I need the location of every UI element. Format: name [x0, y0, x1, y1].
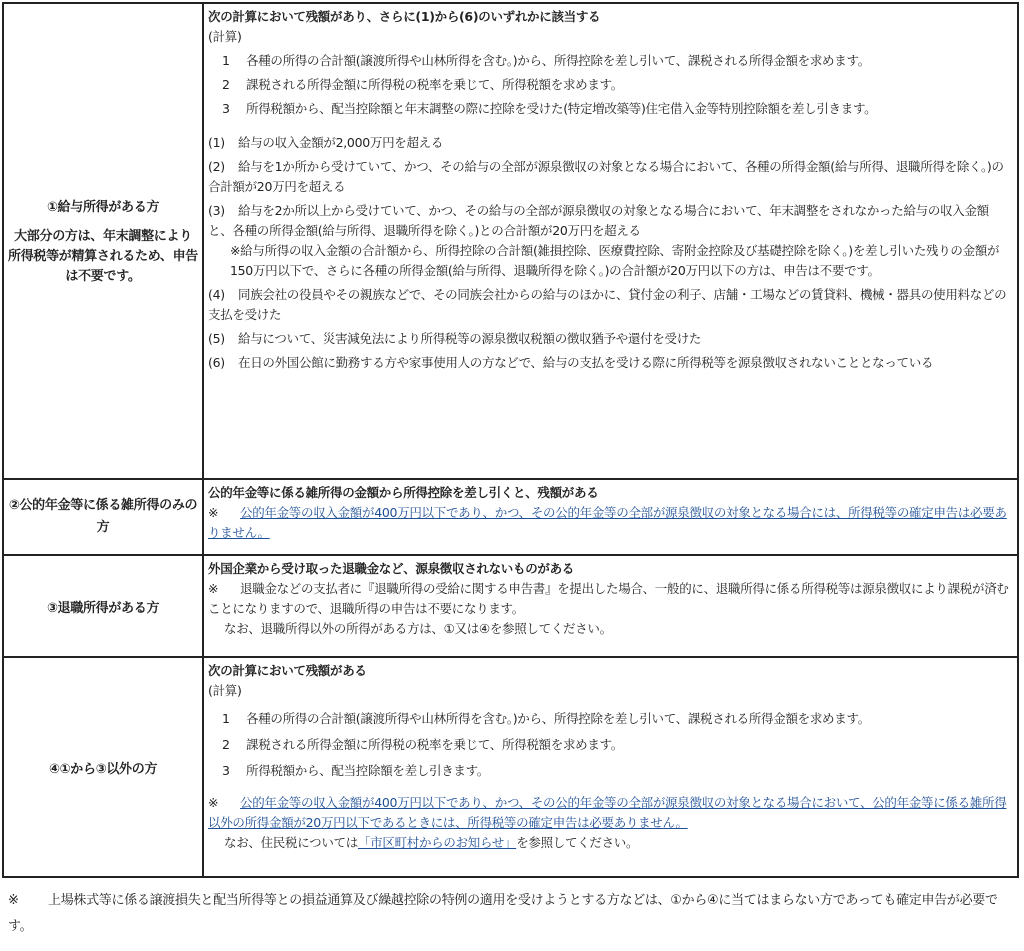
row-pension-income: ②公的年金等に係る雑所得のみの方 公的年金等に係る雑所得の金額から所得控除を差し… [4, 478, 1017, 554]
condition-item: (1)給与の収入金額が2,000万円を超える [208, 133, 1011, 153]
municipality-notice-link[interactable]: 「市区町村からのお知らせ」 [358, 835, 516, 850]
category-title: ②公的年金等に係る雑所得のみの方 [8, 495, 198, 539]
row-other: ④①から③以外の方 次の計算において残額がある (計算) 1各種の所得の合計額(… [4, 656, 1017, 876]
condition-item: (4)同族会社の役員やその親族などで、その同族会社からの給与のほかに、貸付金の利… [208, 285, 1011, 325]
category-cell: ③退職所得がある方 [4, 556, 204, 656]
condition-cell: 次の計算において残額があり、さらに(1)から(6)のいずれかに該当する (計算)… [204, 4, 1017, 478]
condition-cell: 次の計算において残額がある (計算) 1各種の所得の合計額(譲渡所得や山林所得を… [204, 658, 1017, 876]
calc-label: (計算) [208, 27, 1011, 47]
category-title: ④①から③以外の方 [49, 758, 157, 777]
calc-step: 2課税される所得金額に所得税の税率を乗じて、所得税額を求めます。 [208, 75, 1011, 95]
condition-heading: 公的年金等に係る雑所得の金額から所得控除を差し引くと、残額がある [208, 483, 1011, 503]
retirement-extra-note: なお、退職所得以外の所得がある方は、①又は④を参照してください。 [208, 619, 1011, 639]
calc-step: 2課税される所得金額に所得税の税率を乗じて、所得税額を求めます。 [208, 735, 1011, 755]
pension-exemption-link[interactable]: 公的年金等の収入金額が400万円以下であり、かつ、その公的年金等の全部が源泉徴収… [208, 795, 1006, 830]
calc-step: 1各種の所得の合計額(譲渡所得や山林所得を含む。)から、所得控除を差し引いて、課… [208, 709, 1011, 729]
condition-heading: 外国企業から受け取った退職金など、源泉徴収されないものがある [208, 559, 1011, 579]
category-title: ③退職所得がある方 [47, 597, 159, 616]
calc-step: 3所得税額から、配当控除額と年末調整の際に控除を受けた(特定増改築等)住宅借入金… [208, 99, 1011, 119]
resident-tax-note: なお、住民税については「市区町村からのお知らせ」を参照してください。 [208, 833, 1011, 853]
condition-item: (5)給与について、災害減免法により所得税等の源泉徴収税額の徴収猶予や還付を受け… [208, 329, 1011, 349]
condition-heading: 次の計算において残額があり、さらに(1)から(6)のいずれかに該当する [208, 7, 1011, 27]
condition-cell: 外国企業から受け取った退職金など、源泉徴収されないものがある ※退職金などの支払… [204, 556, 1017, 656]
category-subtitle: 大部分の方は、年末調整により所得税等が精算されるため、申告は不要です。 [8, 227, 198, 287]
pension-note: ※公的年金等の収入金額が400万円以下であり、かつ、その公的年金等の全部が源泉徴… [208, 503, 1011, 543]
condition-cell: 公的年金等に係る雑所得の金額から所得控除を差し引くと、残額がある ※公的年金等の… [204, 480, 1017, 554]
calc-step: 1各種の所得の合計額(譲渡所得や山林所得を含む。)から、所得控除を差し引いて、課… [208, 51, 1011, 71]
category-title: ①給与所得がある方 [47, 196, 159, 215]
category-cell: ①給与所得がある方 大部分の方は、年末調整により所得税等が精算されるため、申告は… [4, 4, 204, 478]
pension-note: ※公的年金等の収入金額が400万円以下であり、かつ、その公的年金等の全部が源泉徴… [208, 793, 1011, 833]
condition-heading: 次の計算において残額がある [208, 661, 1011, 681]
category-cell: ④①から③以外の方 [4, 658, 204, 876]
tax-filing-table: ①給与所得がある方 大部分の方は、年末調整により所得税等が精算されるため、申告は… [2, 2, 1019, 878]
row-retirement-income: ③退職所得がある方 外国企業から受け取った退職金など、源泉徴収されないものがある… [4, 554, 1017, 656]
footer-note: ※上場株式等に係る譲渡損失と配当所得等との損益通算及び繰越控除の特例の適用を受け… [8, 888, 1018, 940]
retirement-note: ※退職金などの支払者に『退職所得の受給に関する申告書』を提出した場合、一般的に、… [208, 579, 1011, 619]
pension-exemption-link[interactable]: 公的年金等の収入金額が400万円以下であり、かつ、その公的年金等の全部が源泉徴収… [208, 505, 1007, 540]
calc-step: 3所得税額から、配当控除額を差し引きます。 [208, 761, 1011, 781]
row-salary-income: ①給与所得がある方 大部分の方は、年末調整により所得税等が精算されるため、申告は… [4, 4, 1017, 478]
calc-label: (計算) [208, 681, 1011, 701]
condition-item: (6)在日の外国公館に勤務する方や家事使用人の方などで、給与の支払を受ける際に所… [208, 353, 1011, 373]
category-cell: ②公的年金等に係る雑所得のみの方 [4, 480, 204, 554]
condition-item: (2)給与を1か所から受けていて、かつ、その給与の全部が源泉徴収の対象となる場合… [208, 157, 1011, 197]
item3-note: ※給与所得の収入金額の合計額から、所得控除の合計額(雑損控除、医療費控除、寄附金… [208, 241, 1011, 281]
condition-item: (3)給与を2か所以上から受けていて、かつ、その給与の全部が源泉徴収の対象となる… [208, 201, 1011, 241]
